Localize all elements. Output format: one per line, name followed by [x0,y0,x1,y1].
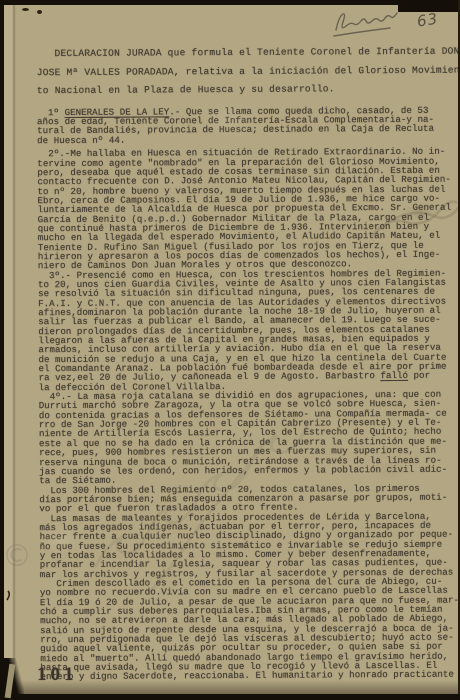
scanned-document-page: © DECLARACION JURADA que formula el Teni… [0,0,460,700]
text-line: to Nacional en la Plaza de Huesca y su d… [37,80,459,101]
paragraph-6: Las masas de maleantes y forajidos proce… [39,511,460,579]
text-segment: por [408,370,430,381]
ink-speck [22,8,29,11]
paragraph-2: 2º.-Me hallaba en Huesca en situación de… [37,147,460,271]
scan-edge-bottom [0,694,460,700]
scan-edge-left [0,0,4,700]
handwritten-note [326,8,406,40]
underlined-text: falló [380,370,408,381]
scan-edge-top-right [398,0,460,12]
handwriting-stroke [326,8,406,40]
text-line: de Huesca nº 44. [37,133,459,145]
document-title: DECLARACION JURADA que formula el Tenien… [37,43,459,101]
text-line: DECLARACION JURADA que formula el Tenien… [37,43,459,64]
paragraph-7: Crimen descollado es el cometido en la p… [40,577,460,682]
document-body: DECLARACION JURADA que formula el Tenien… [37,43,460,682]
text-line: JOSE Mª VALLES PORADADA, relativa a la i… [37,61,459,82]
paragraph-1-generales: 1º GENERALES DE LA LEY.- Que se llama co… [37,105,459,145]
typewritten-text-layer: DECLARACION JURADA que formula el Tenien… [0,0,460,700]
paragraph-5: Los 300 hombres del Regimiento nº 20, to… [39,483,460,514]
archive-page-number: 63 [416,9,440,30]
scan-edge-top [0,0,460,5]
paragraph-4: 4º.- La masa roja catalana se dividió en… [39,390,460,486]
paragraph-3: 3º.- Presencié como en Huesca, con los t… [38,268,460,392]
scan-shadow-bottom [0,680,460,694]
ink-speck [37,10,42,14]
